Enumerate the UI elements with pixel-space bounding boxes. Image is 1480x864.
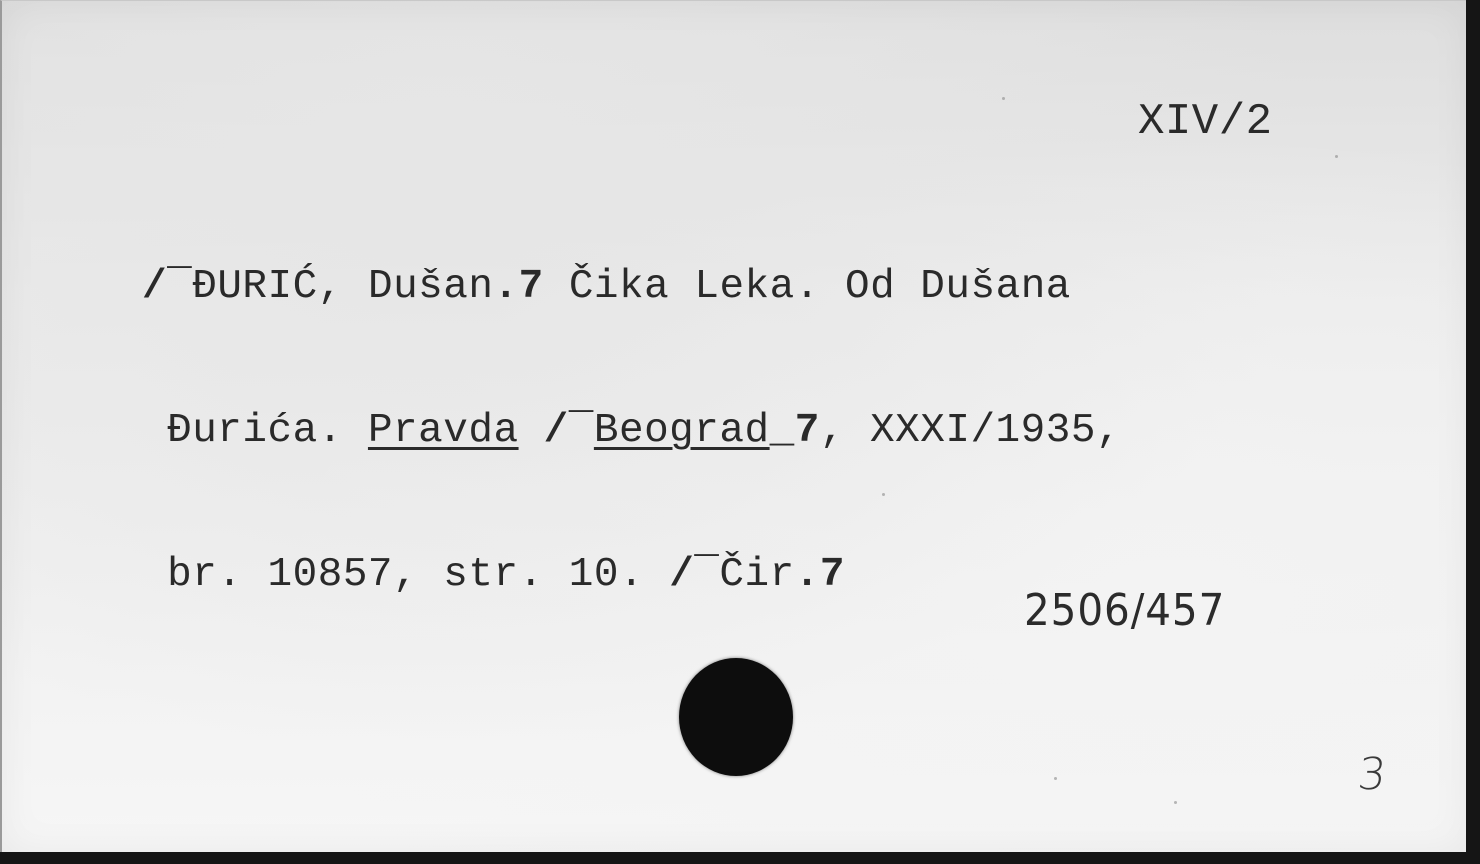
issue-page: br. 10857, str. 10. xyxy=(142,552,669,598)
publication-place: Beograd xyxy=(594,408,770,454)
hole-punch-icon xyxy=(679,658,793,776)
author-separator: , xyxy=(318,264,368,310)
author-first-name: Dušan xyxy=(368,264,494,310)
bibliographic-entry: /¯ĐURIĆ, Dušan.7 Čika Leka. Od Dušana Đu… xyxy=(142,167,1121,695)
catalog-card: XIV/2 /¯ĐURIĆ, Dušan.7 Čika Leka. Od Duš… xyxy=(0,0,1468,853)
volume-year: , XXXI/1935, xyxy=(820,408,1121,454)
script-bracket-close: .7 xyxy=(795,552,845,598)
entry-line-2: Đurića. Pravda /¯Beograd_7, XXXI/1935, xyxy=(142,407,1121,455)
place-bracket-open: /¯ xyxy=(519,408,594,454)
title-continuation: Đurića. xyxy=(142,408,368,454)
bracket-close: .7 xyxy=(494,264,544,310)
card-sequence-number: 3 xyxy=(1355,749,1388,800)
bracket-open: /¯ xyxy=(142,264,192,310)
script-bracket-open: /¯ xyxy=(669,552,719,598)
place-bracket-close: _7 xyxy=(770,408,820,454)
card-bottom-shadow-edge xyxy=(0,852,1480,864)
call-number: XIV/2 xyxy=(1138,97,1273,147)
script-note: Čir xyxy=(719,552,794,598)
paper-speck xyxy=(1335,155,1338,158)
paper-speck xyxy=(1002,97,1005,100)
accession-number: 2506/457 xyxy=(1024,585,1225,636)
card-right-shadow-edge xyxy=(1466,0,1480,864)
paper-speck xyxy=(882,493,885,496)
entry-line-3: br. 10857, str. 10. /¯Čir.7 xyxy=(142,551,1121,599)
paper-speck xyxy=(1054,777,1057,780)
author-surname: ĐURIĆ xyxy=(192,264,318,310)
publication-name: Pravda xyxy=(368,408,519,454)
work-title: Čika Leka. Od Dušana xyxy=(544,264,1071,310)
paper-speck xyxy=(1174,801,1177,804)
entry-line-1: /¯ĐURIĆ, Dušan.7 Čika Leka. Od Dušana xyxy=(142,263,1121,311)
